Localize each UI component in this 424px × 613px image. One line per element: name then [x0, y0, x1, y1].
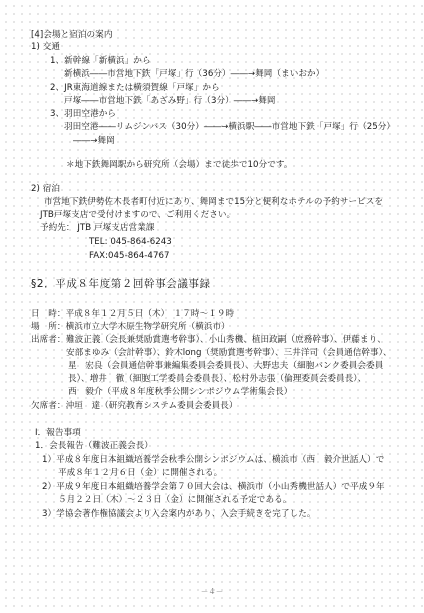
place-label: 場 所： — [31, 322, 66, 332]
absent-value: 沖垣 達（研究教育システム委員会委員長） — [66, 401, 238, 411]
reservation-tel: TEL: 045-864-6243 — [89, 237, 172, 248]
report-item-1: 1）平成８年度日本組織培養学会秋季公開シンポジウムは、横浜市（西 毅介世話人）で — [42, 455, 384, 466]
absent-line: 欠席者：沖垣 達（研究教育システム委員会委員長） — [31, 401, 238, 412]
report-heading: Ⅰ．報告事項 — [35, 428, 81, 439]
report-item-1-line-2: 平成８年１２月６日（金）に開催される。 — [58, 468, 222, 479]
report-item-3-line-1: 学協会著作権協議会より入会案内があり、入会手続きを完了した。 — [56, 509, 315, 519]
attendees-line-2: 安部まゆみ（会計幹事）、鈴木long（奨励賞選考幹事）、三井洋司（会員通信幹事）… — [66, 348, 392, 359]
transport-heading: 1) 交通 — [31, 42, 60, 53]
place-value: 横浜市立大学木原生物学研究所（横浜市） — [66, 322, 230, 332]
date-label: 日 時： — [31, 309, 66, 319]
report-item-1-line-1: 平成８年度日本組織培養学会秋季公開シンポジウムは、横浜市（西 毅介世話人）で — [56, 455, 384, 465]
attendees-label: 出席者： — [31, 335, 66, 346]
page-number: －４－ — [0, 586, 424, 597]
report-item-3-num: 3） — [42, 509, 56, 519]
attendees-line-4: 長）、増井 徹（細胞工学委員会委員長）、松村外志張（倫理委員会委員長）、 — [68, 374, 366, 385]
absent-label: 欠席者： — [31, 401, 66, 411]
reservation-fax: FAX:045-864-4767 — [89, 251, 170, 262]
lodging-text-2: JTB戸塚支店で受付けますので、ご利用ください。 — [40, 210, 235, 221]
venue-heading: [4]会場と宿泊の案内 — [31, 30, 112, 41]
date-value: 平成８年１２月５日（木） １７時～１９時 — [66, 309, 235, 319]
attendees-line-3: 星 宏良（会員通信幹事兼編集委員会委員長）、大野忠夫（細胞バンク委員会委員 — [68, 361, 383, 372]
report-item-3: 3）学協会著作権協議会より入会案内があり、入会手続きを完了した。 — [42, 509, 316, 520]
route-1-title: 1、新幹線「新横浜」から — [50, 56, 151, 67]
reservation-line: 予約先： JTB 戸塚支店営業課 — [40, 223, 155, 234]
lodging-heading: 2) 宿泊 — [31, 184, 60, 195]
report-item-2-num: 2） — [42, 482, 56, 492]
report-item-2-line-2: ５月２２日（木）～２３日（金）に開催される予定である。 — [58, 495, 291, 506]
attendees-line-1: 難波正義（会長兼奨励賞選考幹事）、小山秀機、植田政嗣（庶務幹事）、伊藤まり、 — [66, 335, 386, 346]
document-page: [4]会場と宿泊の案内 1) 交通 1、新幹線「新横浜」から 新横浜――市営地下… — [0, 0, 424, 613]
transport-note: ＊地下鉄舞岡駅から研究所（会場）まで徒歩で10分です。 — [66, 160, 292, 171]
route-3-detail-2: ――→舞岡 — [73, 136, 115, 147]
reservation-label: 予約先： — [40, 223, 75, 233]
route-2-title: 2、JR東海道線または横須賀線「戸塚」から — [50, 83, 220, 94]
report-item-1-num: 1） — [42, 455, 56, 465]
route-1-detail: 新横浜――市営地下鉄「戸塚」行（36分）――→舞岡（まいおか） — [64, 69, 324, 80]
reservation-name: JTB 戸塚支店営業課 — [77, 223, 154, 233]
minutes-heading: §2．平成８年度第２回幹事会議事録 — [31, 279, 211, 290]
route-2-detail: 戸塚――市営地下鉄「あざみ野」行（3分）――→舞岡 — [64, 96, 276, 107]
attendees-line-5: 西 毅介（平成８年度秋季公開シンポジウム学術集会長） — [68, 387, 292, 398]
route-3-title: 3、羽田空港から — [50, 109, 116, 120]
meeting-place-line: 場 所：横浜市立大学木原生物学研究所（横浜市） — [31, 322, 230, 333]
report-item-2: 2）平成９年度日本組織培養学会第７０回大会は、横浜市（小山秀機世話人）で平成９年 — [42, 482, 385, 493]
meeting-date-line: 日 時：平成８年１２月５日（木） １７時～１９時 — [31, 309, 234, 320]
president-report-heading: 1．会長報告（難波正義会長） — [35, 441, 153, 452]
lodging-text-1: 市営地下鉄伊勢佐木長者町付近にあり、舞岡まで15分と便利なホテルの予約サービスを — [44, 197, 383, 208]
route-3-detail-1: 羽田空港――リムジンバス（30分）――→横浜駅――市営地下鉄「戸塚」行（25分） — [64, 122, 395, 133]
report-item-2-line-1: 平成９年度日本組織培養学会第７０回大会は、横浜市（小山秀機世話人）で平成９年 — [56, 482, 384, 492]
